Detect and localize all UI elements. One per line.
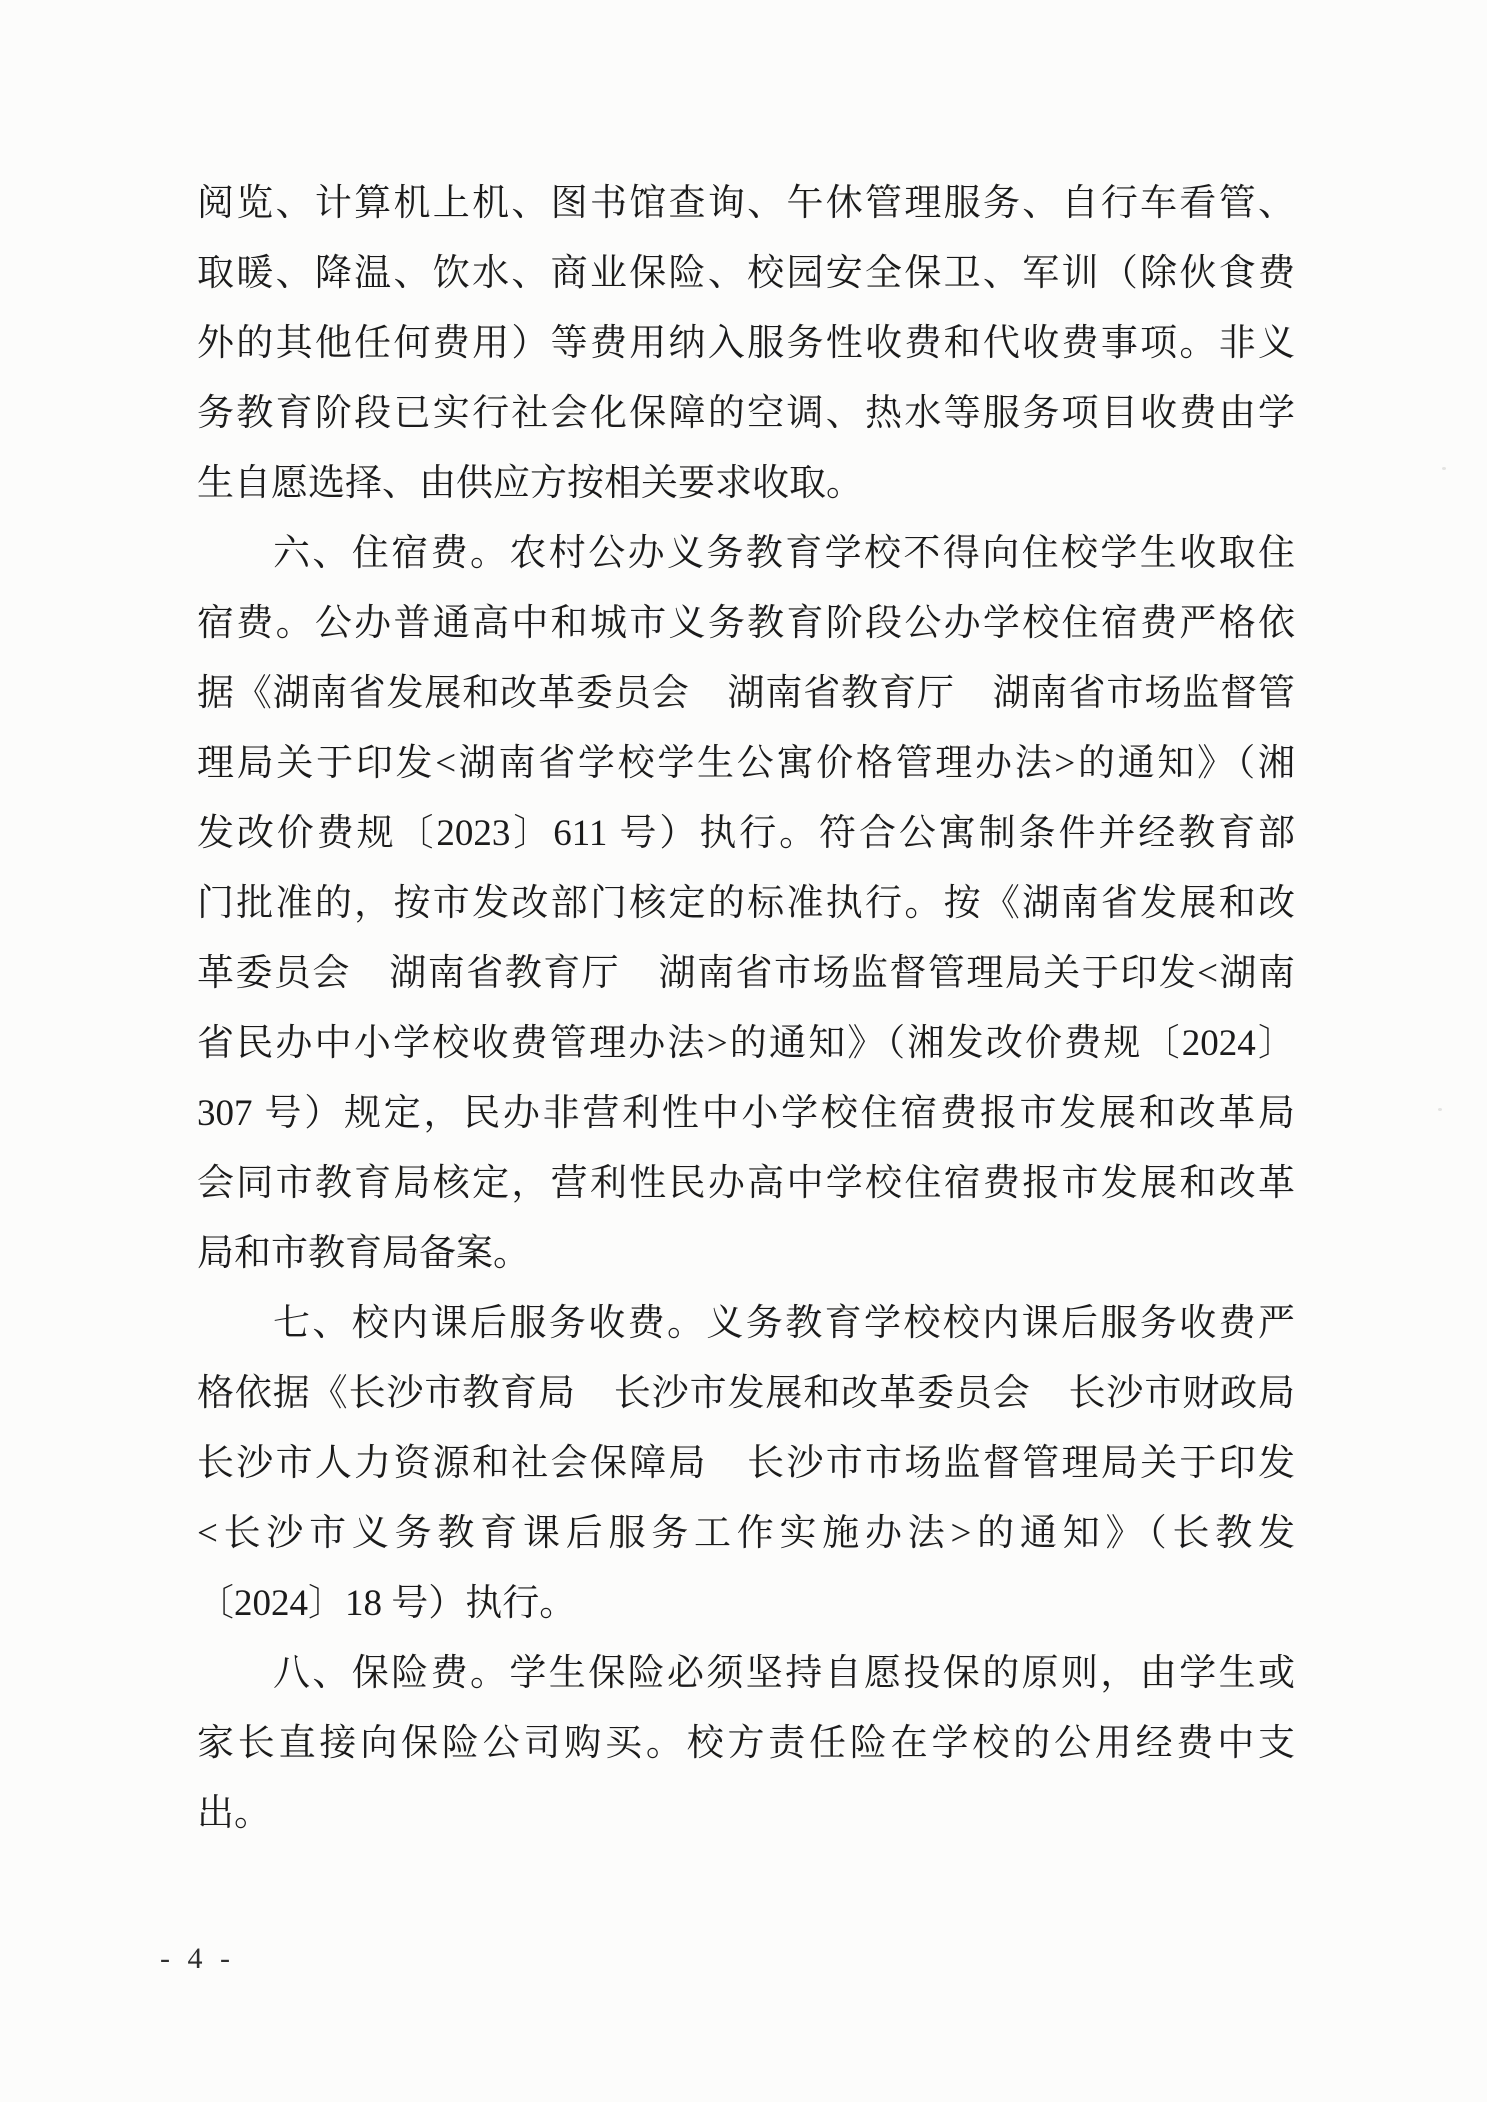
- document-line: 格依据《长沙市教育局 长沙市发展和改革委员会 长沙市财政局: [197, 1359, 1295, 1429]
- document-page: { "page": { "number_label": "- 4 -", "pa…: [0, 0, 1487, 2102]
- document-line: 八、保险费。学生保险必须坚持自愿投保的原则，由学生或: [197, 1639, 1295, 1709]
- paragraph-item-8-insurance-fee: 八、保险费。学生保险必须坚持自愿投保的原则，由学生或 家长直接向保险公司购买。校…: [197, 1639, 1295, 1849]
- paragraph-item-7-after-school-service-fee: 七、校内课后服务收费。义务教育学校校内课后服务收费严 格依据《长沙市教育局 长沙…: [197, 1289, 1295, 1639]
- document-line: 局和市教育局备案。: [197, 1219, 1295, 1289]
- document-line: <长沙市义务教育课后服务工作实施办法>的通知》（长教发: [197, 1499, 1295, 1569]
- page-number: - 4 -: [160, 1941, 235, 1977]
- document-line: 阅览、计算机上机、图书馆查询、午休管理服务、自行车看管、: [197, 169, 1295, 239]
- paragraph-service-fee-continuation: 阅览、计算机上机、图书馆查询、午休管理服务、自行车看管、 取暖、降温、饮水、商业…: [197, 169, 1295, 519]
- document-line: 307 号）规定，民办非营利性中小学校住宿费报市发展和改革局: [197, 1079, 1295, 1149]
- document-line: 出。: [197, 1779, 1295, 1849]
- document-line: 宿费。公办普通高中和城市义务教育阶段公办学校住宿费严格依: [197, 589, 1295, 659]
- document-body: 阅览、计算机上机、图书馆查询、午休管理服务、自行车看管、 取暖、降温、饮水、商业…: [197, 169, 1295, 1849]
- document-line: 革委员会 湖南省教育厅 湖南省市场监督管理局关于印发<湖南: [197, 939, 1295, 1009]
- document-line: 〔2024〕18 号）执行。: [197, 1569, 1295, 1639]
- document-line: 发改价费规〔2023〕611 号）执行。符合公寓制条件并经教育部: [197, 799, 1295, 869]
- document-line: 据《湖南省发展和改革委员会 湖南省教育厅 湖南省市场监督管: [197, 659, 1295, 729]
- document-line: 门批准的，按市发改部门核定的标准执行。按《湖南省发展和改: [197, 869, 1295, 939]
- scan-speckle: [1442, 467, 1446, 470]
- document-line: 会同市教育局核定，营利性民办高中学校住宿费报市发展和改革: [197, 1149, 1295, 1219]
- document-line: 务教育阶段已实行社会化保障的空调、热水等服务项目收费由学: [197, 379, 1295, 449]
- document-line: 取暖、降温、饮水、商业保险、校园安全保卫、军训（除伙食费: [197, 239, 1295, 309]
- document-line: 外的其他任何费用）等费用纳入服务性收费和代收费事项。非义: [197, 309, 1295, 379]
- document-line: 长沙市人力资源和社会保障局 长沙市市场监督管理局关于印发: [197, 1429, 1295, 1499]
- paragraph-item-6-accommodation-fee: 六、住宿费。农村公办义务教育学校不得向住校学生收取住 宿费。公办普通高中和城市义…: [197, 519, 1295, 1289]
- document-line: 六、住宿费。农村公办义务教育学校不得向住校学生收取住: [197, 519, 1295, 589]
- document-line: 理局关于印发<湖南省学校学生公寓价格管理办法>的通知》（湘: [197, 729, 1295, 799]
- document-line: 家长直接向保险公司购买。校方责任险在学校的公用经费中支: [197, 1709, 1295, 1779]
- scan-speckle: [1438, 1108, 1442, 1111]
- document-line: 省民办中小学校收费管理办法>的通知》（湘发改价费规〔2024〕: [197, 1009, 1295, 1079]
- document-line: 生自愿选择、由供应方按相关要求收取。: [197, 449, 1295, 519]
- document-line: 七、校内课后服务收费。义务教育学校校内课后服务收费严: [197, 1289, 1295, 1359]
